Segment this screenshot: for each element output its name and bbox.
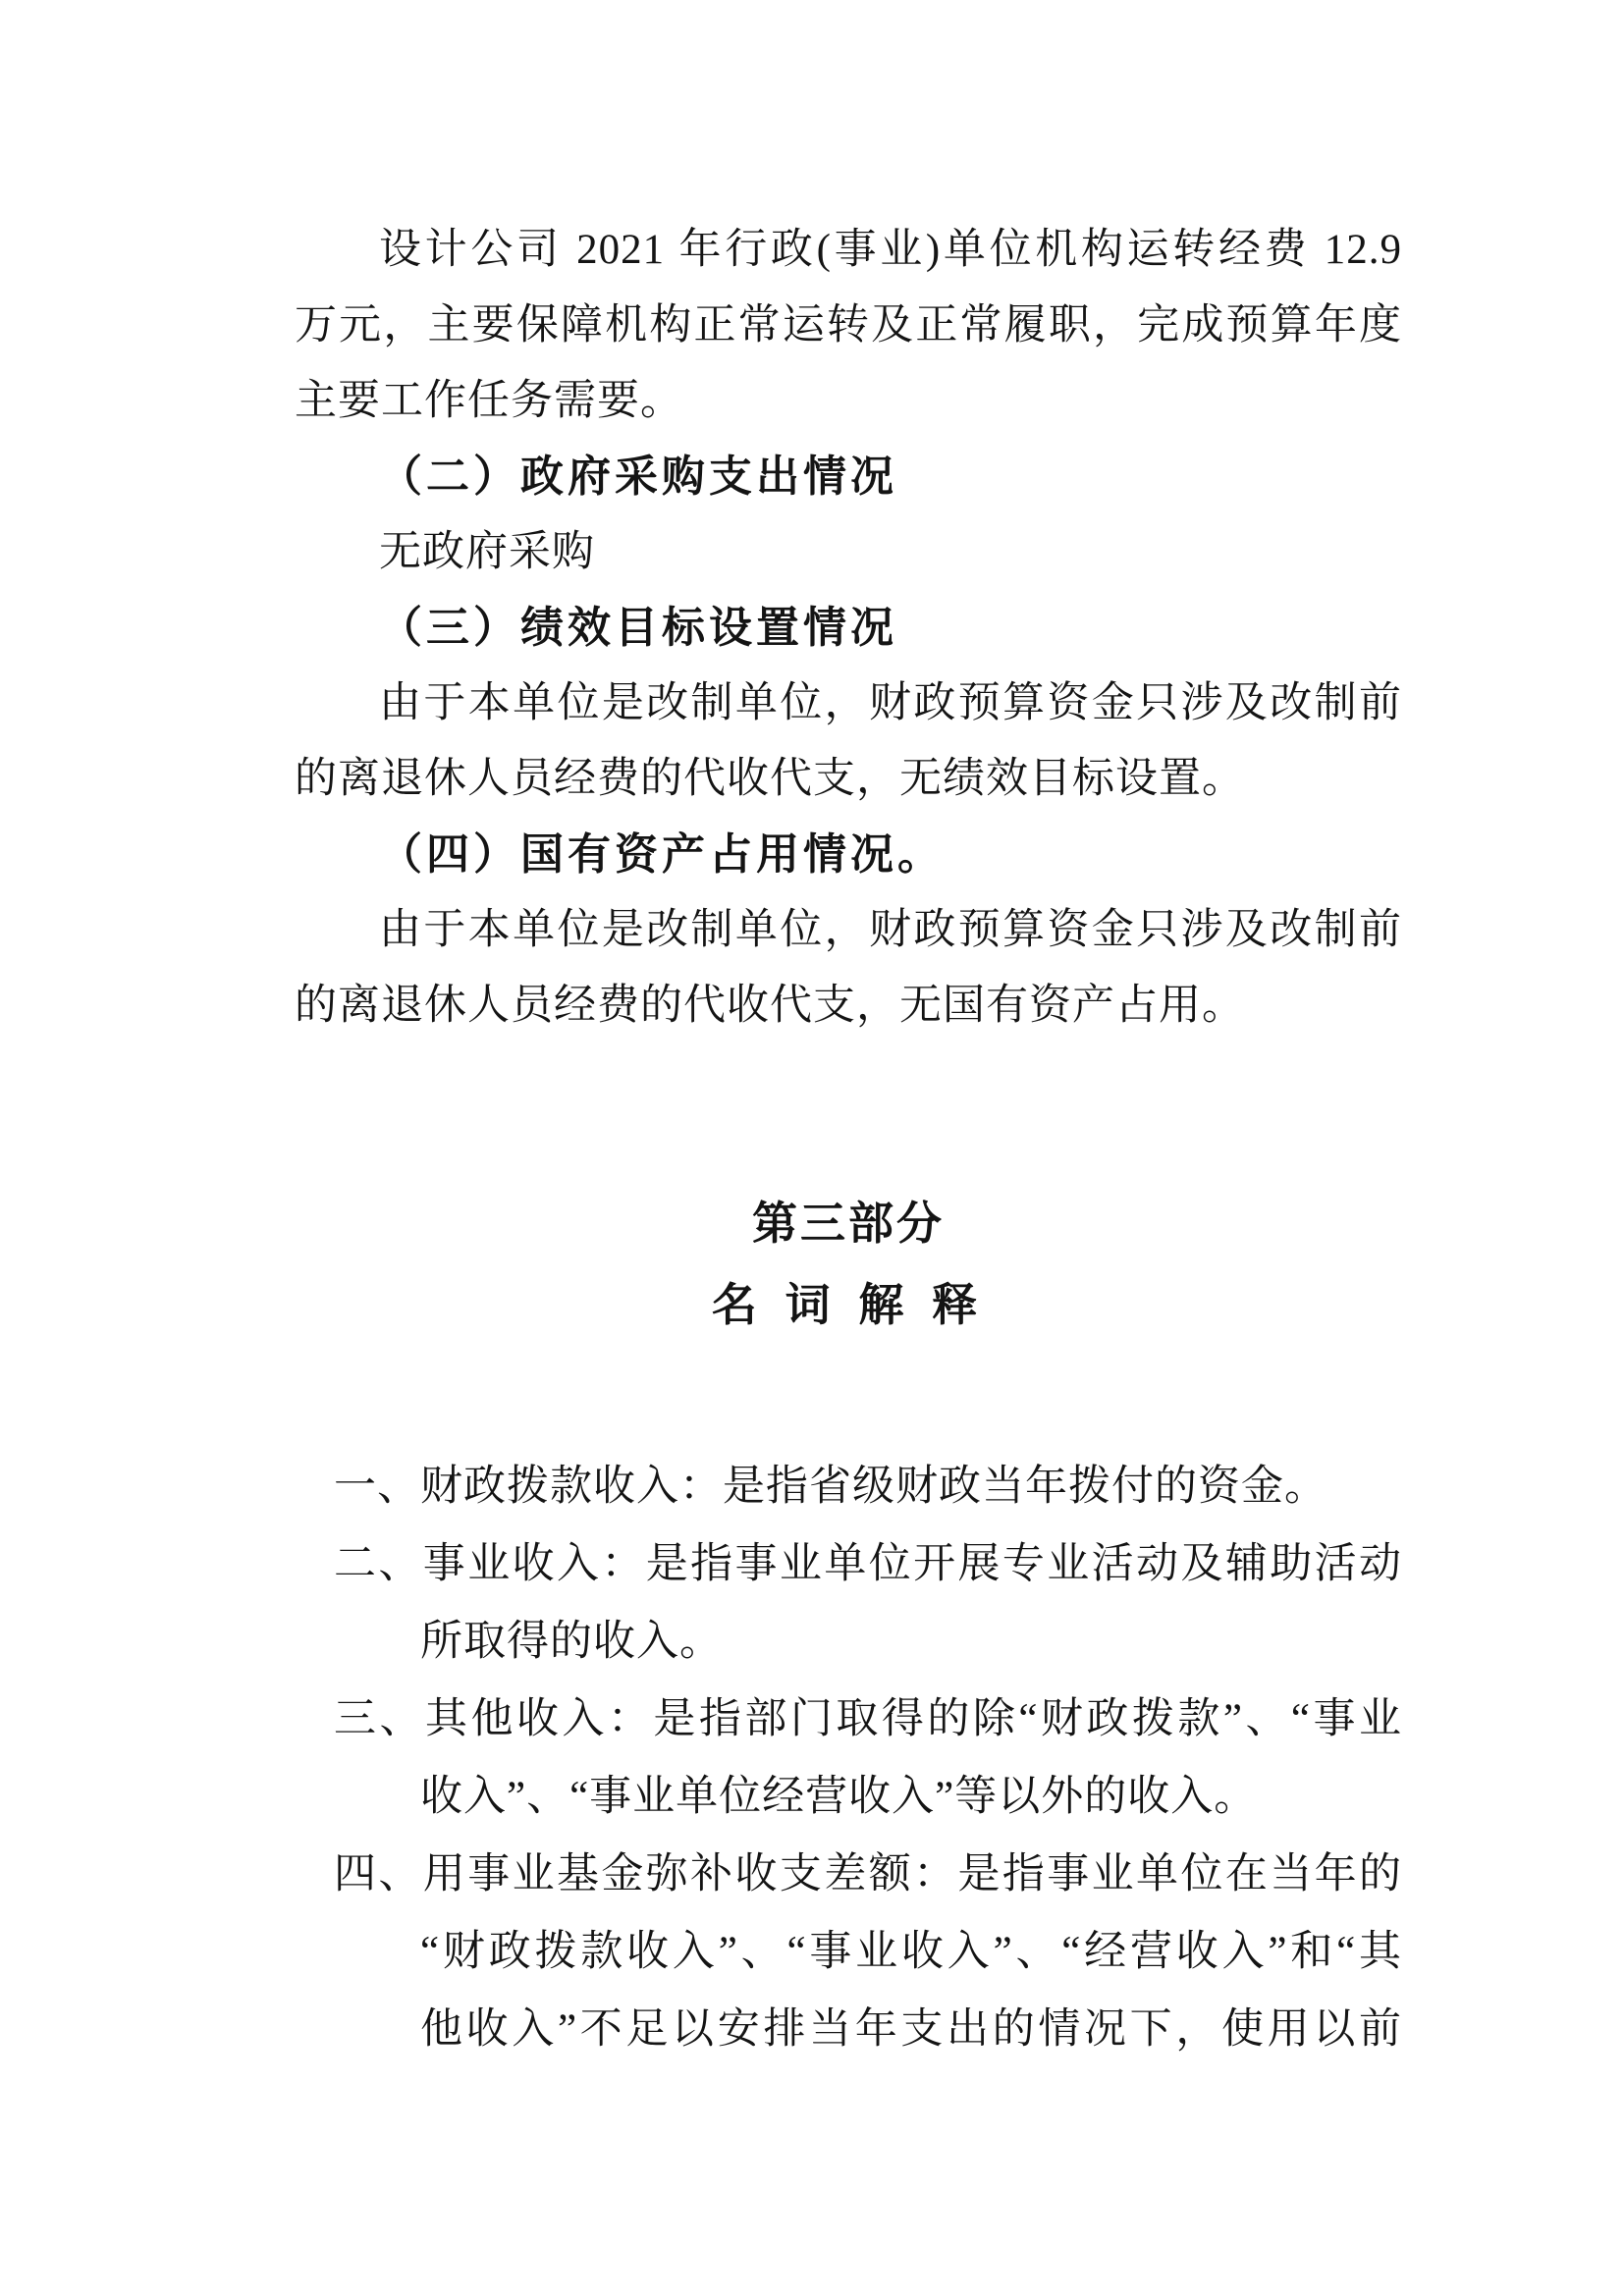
paragraph-no-procurement: 无政府采购 <box>295 514 1402 590</box>
paragraph-line: 主要工作任务需要。 <box>295 363 1402 439</box>
paragraph-line: 的离退休人员经费的代收代支，无国有资产占用。 <box>295 968 1402 1043</box>
definition-number: 四、 <box>334 1851 423 1897</box>
definition-number: 二、 <box>334 1541 423 1587</box>
paragraph-line: 由于本单位是改制单位，财政预算资金只涉及改制前 <box>295 666 1402 741</box>
definition-text: 用事业基金弥补收支差额：是指事业单位在当年的 <box>423 1851 1402 1897</box>
definition-line: 四、用事业基金弥补收支差额：是指事业单位在当年的 <box>295 1836 1402 1913</box>
paragraph-operating-funds: 设计公司 2021 年行政(事业)单位机构运转经费 12.9 万元，主要保障机构… <box>295 212 1402 439</box>
paragraph-line: 设计公司 2021 年行政(事业)单位机构运转经费 12.9 <box>295 212 1402 288</box>
paragraph-line: 由于本单位是改制单位，财政预算资金只涉及改制前 <box>295 892 1402 968</box>
paragraph-line: 万元，主要保障机构正常运转及正常履职，完成预算年度 <box>295 288 1402 363</box>
definition-line: 所取得的收入。 <box>295 1603 1402 1681</box>
definition-line: “财政拨款收入”、“事业收入”、“经营收入”和“其 <box>295 1913 1402 1991</box>
definition-number: 一、 <box>334 1464 420 1510</box>
definition-item-fund-balance-offset: 四、用事业基金弥补收支差额：是指事业单位在当年的 “财政拨款收入”、“事业收入”… <box>295 1836 1402 2068</box>
paragraph-line: 无政府采购 <box>295 514 1402 590</box>
paragraph-line: 的离退休人员经费的代收代支，无绩效目标设置。 <box>295 741 1402 817</box>
paragraph-state-assets: 由于本单位是改制单位，财政预算资金只涉及改制前 的离退休人员经费的代收代支，无国… <box>295 892 1402 1043</box>
definition-line: 二、事业收入：是指事业单位开展专业活动及辅助活动 <box>295 1525 1402 1603</box>
definition-line: 三、其他收入：是指部门取得的除“财政拨款”、“事业 <box>295 1681 1402 1758</box>
glossary-title: 名 词 解 释 <box>295 1267 1402 1343</box>
definition-number: 三、 <box>334 1696 425 1742</box>
definition-text: 财政拨款收入：是指省级财政当年拨付的资金。 <box>420 1464 1327 1510</box>
document-page: 设计公司 2021 年行政(事业)单位机构运转经费 12.9 万元，主要保障机构… <box>0 0 1624 2296</box>
paragraph-performance-targets: 由于本单位是改制单位，财政预算资金只涉及改制前 的离退休人员经费的代收代支，无绩… <box>295 666 1402 817</box>
heading-government-procurement: （二）政府采购支出情况 <box>295 439 1402 514</box>
definition-item-other-income: 三、其他收入：是指部门取得的除“财政拨款”、“事业 收入”、“事业单位经营收入”… <box>295 1681 1402 1836</box>
definition-line: 他收入”不足以安排当年支出的情况下，使用以前 <box>295 1991 1402 2068</box>
definition-item-institutional-income: 二、事业收入：是指事业单位开展专业活动及辅助活动 所取得的收入。 <box>295 1525 1402 1681</box>
definition-line: 收入”、“事业单位经营收入”等以外的收入。 <box>295 1758 1402 1836</box>
glossary-list: 一、财政拨款收入：是指省级财政当年拨付的资金。 二、事业收入：是指事业单位开展专… <box>295 1448 1402 2068</box>
part-three-title: 第三部分 <box>295 1186 1402 1261</box>
definition-text: 事业收入：是指事业单位开展专业活动及辅助活动 <box>423 1541 1402 1587</box>
heading-performance-targets: （三）绩效目标设置情况 <box>295 590 1402 666</box>
definition-line: 一、财政拨款收入：是指省级财政当年拨付的资金。 <box>295 1448 1402 1525</box>
document-content: 设计公司 2021 年行政(事业)单位机构运转经费 12.9 万元，主要保障机构… <box>295 212 1402 2068</box>
heading-state-assets: （四）国有资产占用情况。 <box>295 817 1402 892</box>
definition-text: 其他收入：是指部门取得的除“财政拨款”、“事业 <box>425 1696 1402 1742</box>
definition-item-fiscal-appropriation-income: 一、财政拨款收入：是指省级财政当年拨付的资金。 <box>295 1448 1402 1525</box>
